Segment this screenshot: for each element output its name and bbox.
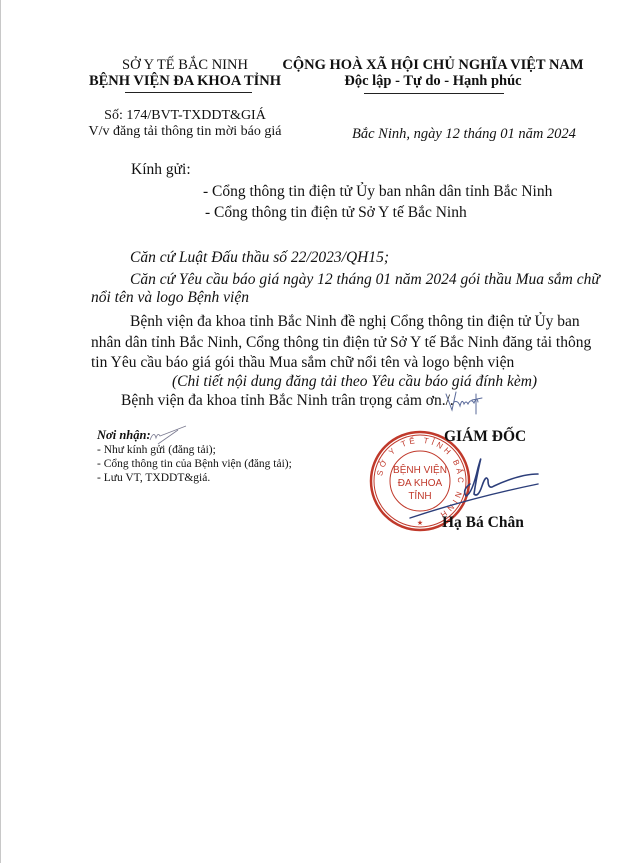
national-title: CỘNG HOÀ XÃ HỘI CHỦ NGHĨA VIỆT NAM	[280, 57, 586, 74]
hospital-name-underline	[125, 92, 252, 93]
recipient-item: - Lưu VT, TXDDT&giá.	[97, 472, 210, 485]
body-paragraph-line: tin Yêu cầu báo giá gói thầu Mua sắm chữ…	[91, 354, 514, 372]
legal-basis-line: Căn cứ Luật Đấu thầu số 22/2023/QH15;	[130, 249, 389, 267]
greeting: Kính gửi:	[131, 161, 191, 179]
closing-line: Bệnh viện đa khoa tỉnh Bắc Ninh trân trọ…	[121, 392, 454, 410]
initial-signature-icon	[444, 388, 488, 416]
body-paragraph-line: nhân dân tỉnh Bắc Ninh, Cổng thông tin đ…	[91, 334, 591, 352]
document-subject: V/v đăng tải thông tin mời báo giá	[82, 124, 288, 140]
signer-name: Hạ Bá Chân	[442, 514, 524, 532]
page-left-border	[0, 0, 1, 863]
svg-text:★: ★	[417, 519, 423, 527]
legal-basis-line: Căn cứ Yêu cầu báo giá ngày 12 tháng 01 …	[130, 271, 600, 289]
small-signature-icon	[148, 424, 188, 446]
issuing-authority: SỞ Y TẾ BẮC NINH	[82, 57, 288, 74]
document-number: Số: 174/BVT-TXDDT&GIÁ	[82, 108, 288, 124]
recipients-title: Nơi nhận:	[97, 428, 151, 443]
director-signature-icon	[370, 450, 540, 520]
addressee-item: - Cổng thông tin điện tử Sở Y tế Bắc Nin…	[205, 204, 467, 222]
national-motto: Độc lập - Tự do - Hạnh phúc	[280, 73, 586, 90]
recipient-item: - Cổng thông tin của Bệnh viện (đăng tải…	[97, 458, 292, 471]
legal-basis-line: nổi tên và logo Bệnh viện	[91, 289, 249, 307]
signer-title: GIÁM ĐỐC	[444, 428, 526, 446]
recipient-item: - Như kính gửi (đăng tải);	[97, 444, 216, 457]
hospital-name: BỆNH VIỆN ĐA KHOA TỈNH	[82, 73, 288, 90]
place-and-date: Bắc Ninh, ngày 12 tháng 01 năm 2024	[352, 126, 576, 143]
motto-underline	[364, 93, 504, 94]
body-paragraph-line: Bệnh viện đa khoa tỉnh Bắc Ninh đề nghị …	[130, 313, 580, 331]
addressee-item: - Cổng thông tin điện tử Ủy ban nhân dân…	[203, 183, 552, 201]
